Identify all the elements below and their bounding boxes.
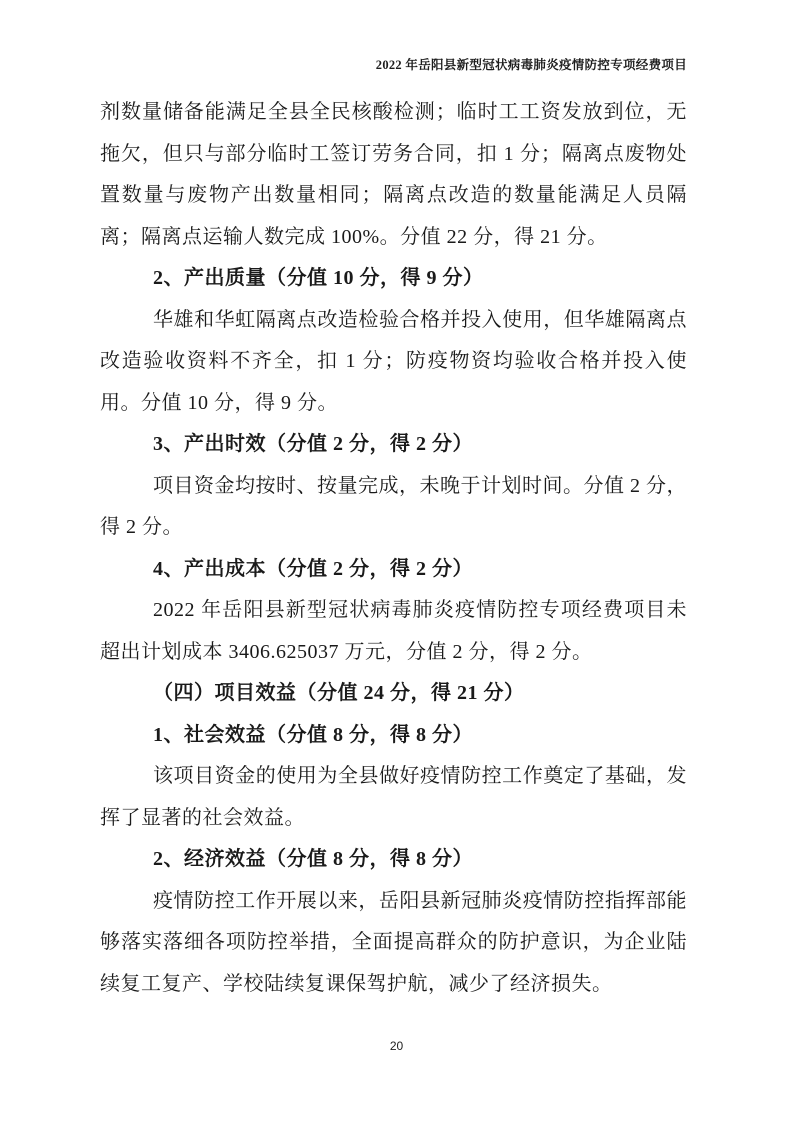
section-heading-project-benefit: （四）项目效益（分值 24 分，得 21 分） bbox=[100, 673, 687, 715]
section-heading-social-benefit: 1、社会效益（分值 8 分，得 8 分） bbox=[100, 715, 687, 757]
paragraph-continued-from-previous-page: 剂数量储备能满足全县全民核酸检测；临时工工资发放到位，无拖欠，但只与部分临时工签… bbox=[100, 92, 687, 258]
page-number: 20 bbox=[0, 1039, 793, 1053]
section-heading-output-timeliness: 3、产出时效（分值 2 分，得 2 分） bbox=[100, 424, 687, 466]
section-heading-output-quality: 2、产出质量（分值 10 分，得 9 分） bbox=[100, 258, 687, 300]
document-page: 2022 年岳阳县新型冠状病毒肺炎疫情防控专项经费项目 剂数量储备能满足全县全民… bbox=[0, 0, 793, 1122]
paragraph-economic-benefit: 疫情防控工作开展以来，岳阳县新冠肺炎疫情防控指挥部能够落实落细各项防控举措，全面… bbox=[100, 881, 687, 1006]
document-body: 剂数量储备能满足全县全民核酸检测；临时工工资发放到位，无拖欠，但只与部分临时工签… bbox=[100, 92, 687, 1005]
page-header-title: 2022 年岳阳县新型冠状病毒肺炎疫情防控专项经费项目 bbox=[100, 56, 687, 74]
section-heading-output-cost: 4、产出成本（分值 2 分，得 2 分） bbox=[100, 549, 687, 591]
paragraph-output-timeliness: 项目资金均按时、按量完成，未晚于计划时间。分值 2 分，得 2 分。 bbox=[100, 466, 687, 549]
section-heading-economic-benefit: 2、经济效益（分值 8 分，得 8 分） bbox=[100, 839, 687, 881]
paragraph-output-quality: 华雄和华虹隔离点改造检验合格并投入使用，但华雄隔离点改造验收资料不齐全，扣 1 … bbox=[100, 300, 687, 425]
paragraph-output-cost: 2022 年岳阳县新型冠状病毒肺炎疫情防控专项经费项目未超出计划成本 3406.… bbox=[100, 590, 687, 673]
paragraph-social-benefit: 该项目资金的使用为全县做好疫情防控工作奠定了基础，发挥了显著的社会效益。 bbox=[100, 756, 687, 839]
